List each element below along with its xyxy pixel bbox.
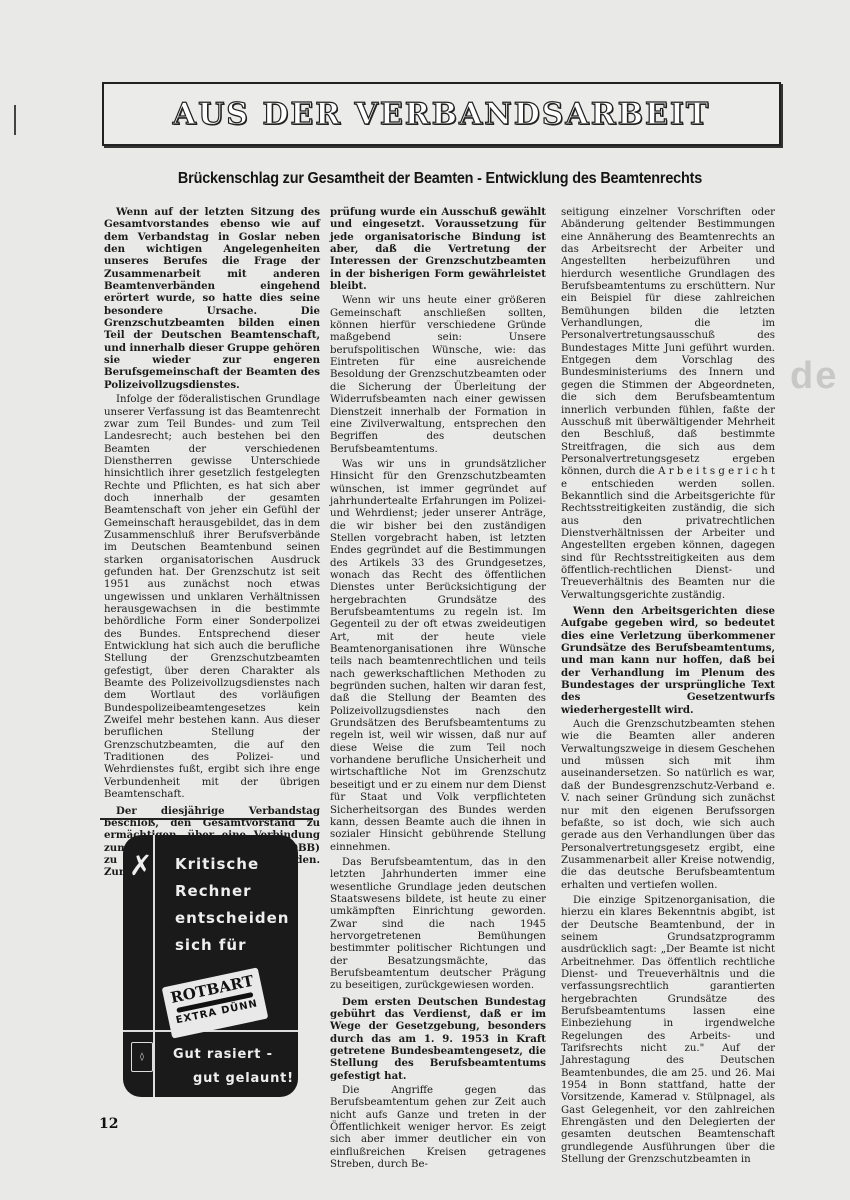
- paragraph: Die einzige Spitzenorganisation, die hie…: [561, 895, 775, 1167]
- article-subtitle: Brückenschlag zur Gesamtheit der Beamten…: [124, 170, 756, 188]
- ad-slogan-line-2: gut gelaunt!: [193, 1071, 294, 1086]
- article-column-1: Wenn auf der letzten Sitzung des Gesamtv…: [104, 206, 320, 882]
- stylized-x-figure-icon: ✗: [129, 849, 152, 882]
- razor-blade-icon: ROTBART EXTRA DÜNN: [162, 967, 269, 1038]
- scan-mark: [14, 105, 16, 135]
- rotbart-advertisement: ✗ Kritische Rechner entscheiden sich für…: [123, 835, 298, 1097]
- page-number: 12: [99, 1116, 118, 1132]
- shield-badge-icon: ◊: [131, 1042, 153, 1072]
- paragraph: prüfung wurde ein Ausschuß gewählt und e…: [330, 206, 546, 292]
- paragraph: Wenn auf der letzten Sitzung des Gesamtv…: [104, 206, 320, 391]
- paragraph: Dem ersten Deutschen Bundestag gebührt d…: [330, 996, 546, 1082]
- paragraph: Wenn den Arbeitsgerichten diese Aufgabe …: [561, 605, 775, 716]
- column-divider-rule: [100, 818, 313, 820]
- article-column-2: prüfung wurde ein Ausschuß gewählt und e…: [330, 206, 546, 1174]
- article-column-3: seitigung einzelner Vorschriften oder Ab…: [561, 207, 775, 1169]
- ad-text-line: Rechner: [175, 882, 252, 900]
- ad-text-line: Kritische: [175, 855, 259, 873]
- paragraph: Wenn wir uns heute einer größeren Gemein…: [330, 295, 546, 455]
- paragraph: Was wir uns in grundsätzlicher Hinsicht …: [330, 459, 546, 854]
- ad-text-line: sich für: [175, 936, 246, 954]
- ad-vertical-line: [153, 835, 155, 1097]
- paragraph: Das Berufsbeamtentum, das in den letzten…: [330, 857, 546, 993]
- section-title: AUS DER VERBANDSARBEIT: [173, 97, 710, 132]
- show-through-text: de: [790, 355, 838, 398]
- paragraph: Die Angriffe gegen das Berufsbeamtentum …: [330, 1085, 546, 1171]
- paragraph: Auch die Grenzschutzbeamten stehen wie d…: [561, 719, 775, 892]
- paragraph: seitigung einzelner Vorschriften oder Ab…: [561, 207, 775, 602]
- ad-text-line: entscheiden: [175, 909, 289, 927]
- section-header-box: AUS DER VERBANDSARBEIT: [102, 82, 781, 146]
- ad-slogan-line-1: Gut rasiert -: [173, 1047, 273, 1062]
- paragraph: Infolge der föderalistischen Grundlage u…: [104, 394, 320, 801]
